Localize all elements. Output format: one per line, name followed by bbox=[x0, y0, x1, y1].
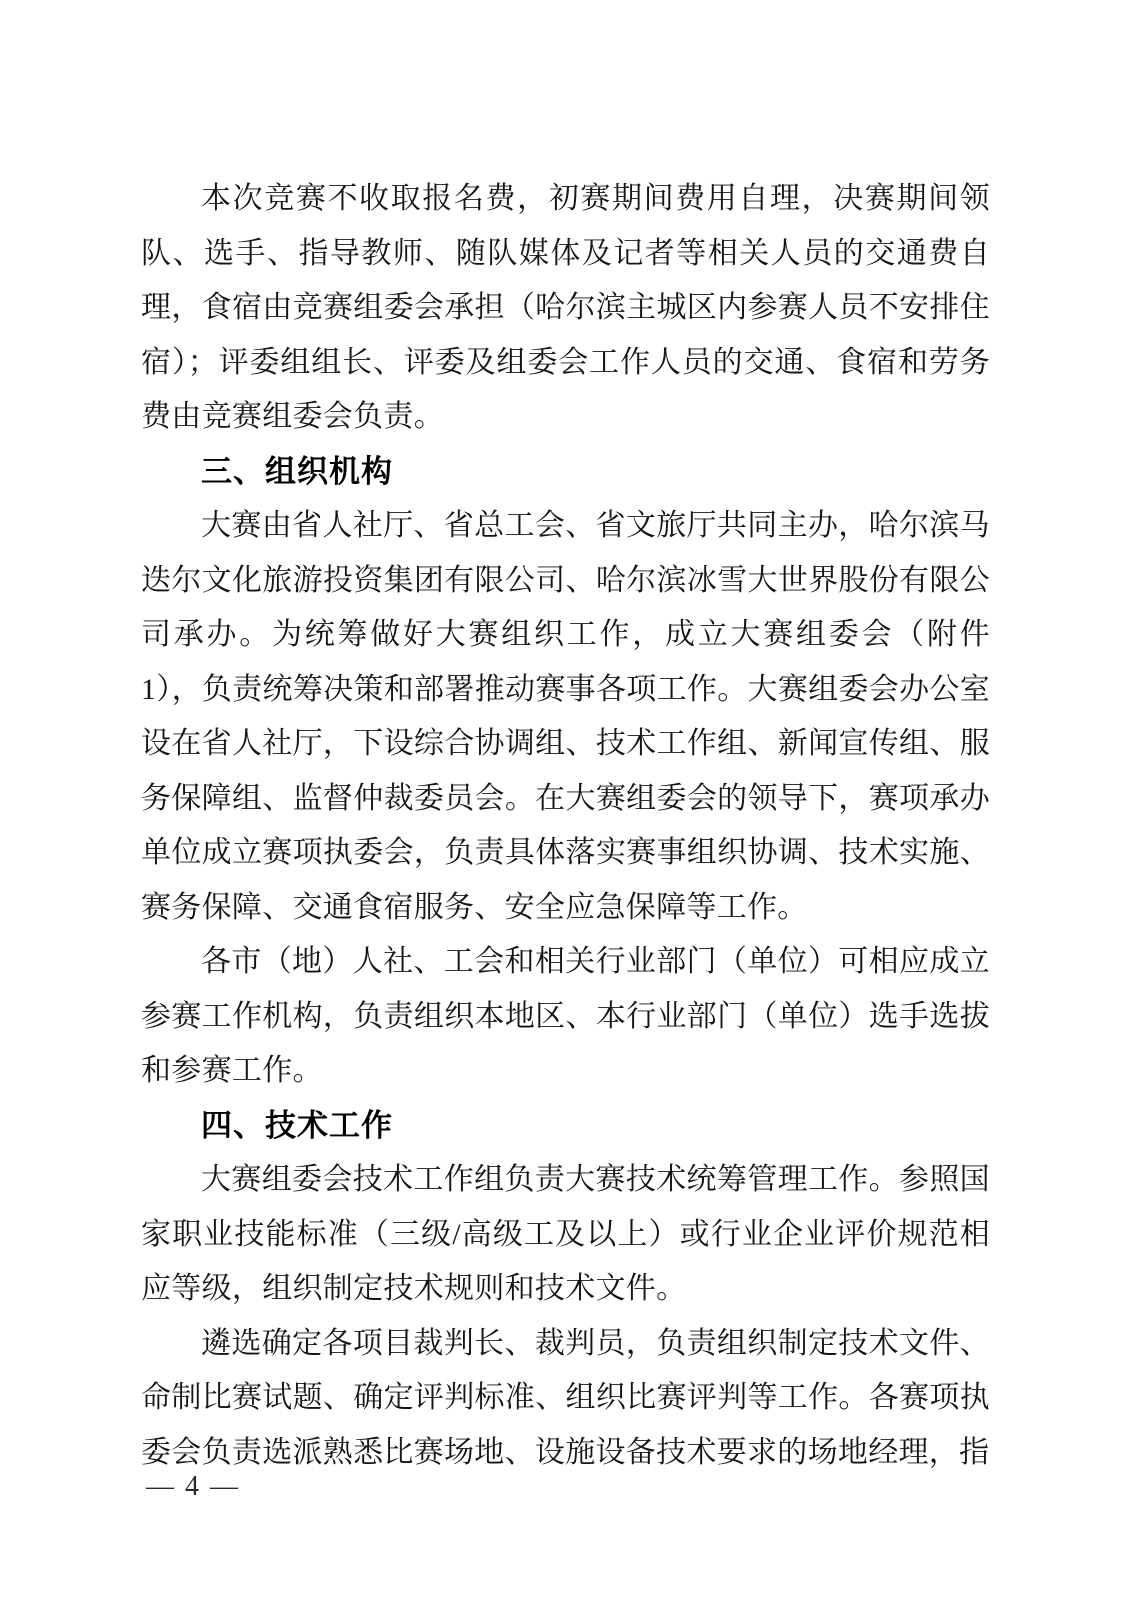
body-paragraph: 遴选确定各项目裁判长、裁判员，负责组织制定技术文件、命制比赛试题、确定评判标准、… bbox=[141, 1317, 990, 1481]
document-page: 本次竞赛不收取报名费，初赛期间费用自理，决赛期间领队、选手、指导教师、随队媒体及… bbox=[0, 0, 1131, 1600]
body-paragraph: 各市（地）人社、工会和相关行业部门（单位）可相应成立参赛工作机构，负责组织本地区… bbox=[141, 935, 990, 1099]
section-heading: 三、组织机构 bbox=[141, 445, 990, 500]
body-paragraph: 大赛组委会技术工作组负责大赛技术统筹管理工作。参照国家职业技能标准（三级/高级工… bbox=[141, 1153, 990, 1317]
document-body: 本次竞赛不收取报名费，初赛期间费用自理，决赛期间领队、选手、指导教师、随队媒体及… bbox=[141, 172, 990, 1480]
section-heading: 四、技术工作 bbox=[141, 1099, 990, 1154]
page-number: — 4 — bbox=[146, 1470, 240, 1504]
body-paragraph: 本次竞赛不收取报名费，初赛期间费用自理，决赛期间领队、选手、指导教师、随队媒体及… bbox=[141, 172, 990, 445]
body-paragraph: 大赛由省人社厅、省总工会、省文旅厅共同主办，哈尔滨马迭尔文化旅游投资集团有限公司… bbox=[141, 499, 990, 935]
